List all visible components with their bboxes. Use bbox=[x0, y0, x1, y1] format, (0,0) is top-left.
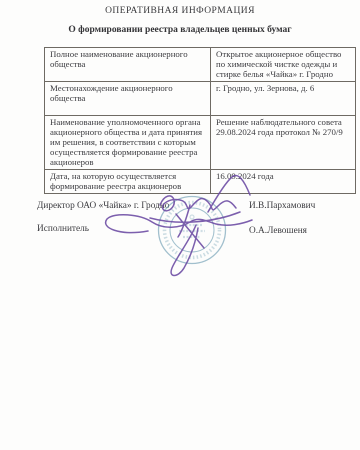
executor-signature-ink bbox=[171, 225, 198, 276]
row-value-cell: Решение наблюдательного совета 29.08.202… bbox=[211, 116, 356, 170]
director-signature-ink bbox=[178, 205, 190, 237]
table-row: Местонахождение акционерного общества г.… bbox=[45, 82, 356, 116]
director-signature-ink bbox=[160, 196, 236, 211]
executor-role-label: Исполнитель bbox=[37, 224, 89, 234]
table-row: Наименование уполномоченного органа акци… bbox=[45, 116, 356, 170]
row-label-cell: Наименование уполномоченного органа акци… bbox=[45, 116, 211, 170]
row-value-cell: г. Гродно, ул. Зернова, д. 6 bbox=[211, 82, 356, 116]
signature-ink bbox=[88, 163, 268, 281]
row-label-cell: Полное наименование акционерного обществ… bbox=[45, 48, 211, 82]
table-row: Полное наименование акционерного обществ… bbox=[45, 48, 356, 82]
row-value-cell: Открытое акционерное общество по химичес… bbox=[211, 48, 356, 82]
document-title: ОПЕРАТИВНАЯ ИНФОРМАЦИЯ bbox=[0, 6, 360, 16]
document-page: ОПЕРАТИВНАЯ ИНФОРМАЦИЯ О формировании ре… bbox=[0, 0, 360, 450]
document-subtitle: О формировании реестра владельцев ценных… bbox=[0, 25, 360, 35]
row-label-cell: Местонахождение акционерного общества bbox=[45, 82, 211, 116]
director-signature-ink bbox=[150, 212, 240, 222]
director-signature-ink bbox=[208, 176, 250, 212]
